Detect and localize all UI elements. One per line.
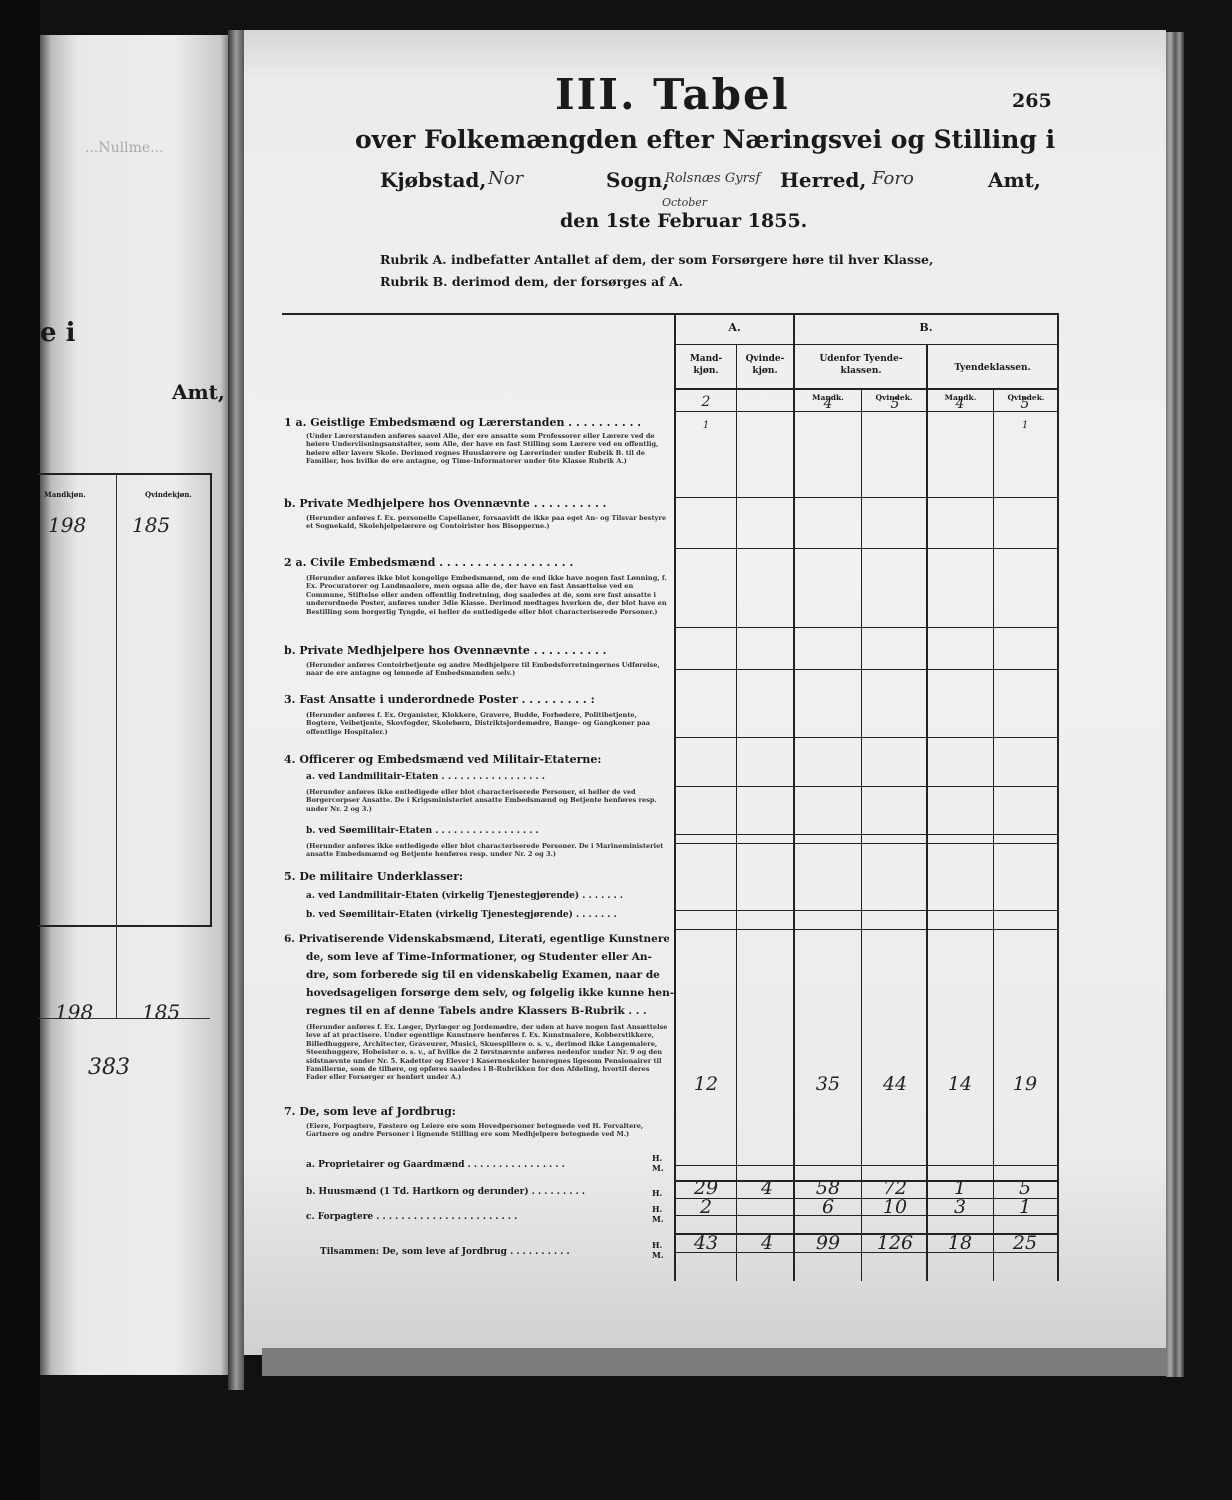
left-amt-label: Amt, [172, 380, 225, 404]
row-label-4: 4. Officerer og Embedsmænd ved Militair-… [284, 753, 669, 766]
row-note-2b: (Herunder anføres Contoirbetjente og and… [306, 661, 668, 678]
row-label-4b: b. ved Søemilitair-Etaten . . . . . . . … [306, 826, 669, 836]
cell-7c-b-outside-women: 10 [865, 1196, 925, 1218]
amt-label: Amt, [988, 168, 1041, 192]
page-edge [1166, 32, 1184, 1377]
row-label-7b: b. Huusmænd (1 Td. Hartkorn og derunder)… [306, 1187, 646, 1197]
header-a-women: Qvinde-kjøn. [739, 353, 791, 377]
row-note-6: (Herunder anføres f. Ex. Læger, Dyrlæger… [306, 1023, 668, 1082]
cell-6-a-men: 12 [676, 1073, 736, 1095]
census-date: den 1ste Februar 1855. [560, 210, 807, 232]
row-label-total: Tilsammen: De, som leve af Jordbrug . . … [320, 1247, 646, 1257]
row-label-7a: a. Proprietairer og Gaardmænd . . . . . … [306, 1160, 646, 1170]
cell-total-b-servant-men: 18 [930, 1232, 990, 1254]
header-group-b: B. [795, 322, 1057, 334]
row-label-4a: a. ved Landmilitair-Etaten . . . . . . .… [306, 772, 669, 782]
herred-label: Herred, [780, 168, 866, 192]
cell-total-a-men: 43 [676, 1232, 736, 1254]
cell-7c-b-servant-women: 1 [995, 1196, 1055, 1218]
cell-7c-b-outside-men: 6 [798, 1196, 858, 1218]
header-b-servant: Tyendeklassen. [930, 362, 1055, 374]
sogn-value: Rolsnæs Gyrsf [665, 171, 760, 186]
page-title: III. Tabel [555, 70, 790, 119]
row-label-2b: b. Private Medhjelpere hos Ovennævnte . … [284, 644, 669, 657]
row-note-3: (Herunder anføres f. Ex. Organister, Klo… [306, 711, 668, 736]
row-note-1a: (Under Lærerstanden anføres saavel Alle,… [306, 432, 668, 466]
cell-total-b-servant-women: 25 [995, 1232, 1055, 1254]
herred-value: Foro [872, 168, 914, 189]
marks-7a: H.M. [652, 1153, 664, 1173]
cell-total-b-outside-women: 126 [865, 1232, 925, 1254]
book-binding-shadow [0, 0, 40, 1500]
row-note-7: (Eiere, Forpagtere, Fæstere og Leiere er… [306, 1122, 668, 1139]
cell-6-b-servant-women: 19 [995, 1073, 1055, 1095]
left-col-men: Mandkjøn. [44, 490, 86, 499]
row-label-7: 7. De, som leve af Jordbrug: [284, 1105, 669, 1118]
rubrik-b-note: Rubrik B. derimod dem, der forsørges af … [380, 274, 683, 289]
page-number: 265 [1012, 90, 1052, 112]
row-label-1a: 1 a. Geistlige Embedsmænd og Lærerstande… [284, 416, 669, 429]
cell-7c-a-men: 2 [676, 1196, 736, 1218]
row-label-5: 5. De militaire Underklasser: [284, 870, 669, 883]
row-label-6-line5: regnes til en af denne Tabels andre Klas… [306, 1005, 691, 1017]
header-a-men: Mand-kjøn. [680, 353, 732, 377]
kjobstad-value: Nor [488, 168, 523, 189]
left-first-women: 185 [132, 513, 170, 537]
page-subtitle: over Folkemængden efter Næringsvei og St… [355, 125, 1055, 154]
row-label-1b: b. Private Medhjelpere hos Ovennævnte . … [284, 497, 669, 510]
left-total-men: 198 [55, 1000, 93, 1024]
header-value: 4 [930, 396, 990, 412]
row-note-4a: (Herunder anføres ikke entledigede eller… [306, 788, 668, 813]
faded-heading: ...Nullme... [85, 140, 163, 156]
row-note-2a: (Herunder anføres ikke blot kongelige Em… [306, 574, 668, 616]
page-gutter [228, 30, 244, 1390]
left-table-divider [116, 475, 117, 1019]
left-first-men: 198 [48, 513, 86, 537]
cell-7b-a-women: 4 [737, 1177, 797, 1199]
header-value: 5 [865, 396, 925, 412]
left-col-women: Qvindekjøn. [145, 490, 192, 499]
kjobstad-label: Kjøbstad, [380, 168, 486, 192]
cell-6-b-outside-men: 35 [798, 1073, 858, 1095]
row-note-1b: (Herunder anføres f. Ex. personelle Cape… [306, 514, 668, 531]
marks-7b: H. [652, 1188, 662, 1198]
row-note-4b: (Herunder anføres ikke entledigede eller… [306, 842, 668, 859]
marks-7c: H.M. [652, 1204, 664, 1224]
cell-6-b-outside-women: 44 [865, 1073, 925, 1095]
left-title-fragment: e i [40, 318, 75, 348]
cell-1a-a-men: 1 [676, 420, 736, 431]
row-label-2a: 2 a. Civile Embedsmænd . . . . . . . . .… [284, 556, 669, 569]
left-total-women: 185 [142, 1000, 180, 1024]
date-correction: October [662, 196, 707, 209]
row-label-6-line1: 6. Privatiserende Videnskabsmænd, Litera… [284, 933, 669, 945]
header-value: 2 [676, 394, 736, 410]
cell-6-b-servant-men: 14 [930, 1073, 990, 1095]
row-label-6-line2: de, som leve af Time-Informationer, og S… [306, 951, 691, 963]
row-label-6-line3: dre, som forberede sig til en videnskabe… [306, 969, 691, 981]
cell-1a-b-servant-women: 1 [995, 420, 1055, 431]
row-label-5b: b. ved Søemilitair-Etaten (virkelig Tjen… [306, 910, 669, 920]
marks-total: H.M. [652, 1240, 664, 1260]
sogn-label: Sogn, [606, 168, 669, 192]
header-value: 5 [995, 396, 1055, 412]
cell-total-a-women: 4 [737, 1232, 797, 1254]
header-group-a: A. [676, 322, 793, 334]
row-label-5a: a. ved Landmilitair-Etaten (virkelig Tje… [306, 891, 669, 901]
row-label-6-line4: hovedsageligen forsørge dem selv, og føl… [306, 987, 691, 999]
header-b-outside: Udenfor Tyende-klassen. [800, 353, 922, 377]
row-label-3: 3. Fast Ansatte i underordnede Poster . … [284, 693, 669, 706]
page-bottom-edge [262, 1348, 1167, 1376]
header-value: 4 [798, 396, 858, 412]
rubrik-a-note: Rubrik A. indbefatter Antallet af dem, d… [380, 252, 933, 267]
left-grand-total: 383 [88, 1055, 130, 1080]
left-table [38, 473, 212, 927]
cell-7c-b-servant-men: 3 [930, 1196, 990, 1218]
cell-total-b-outside-men: 99 [798, 1232, 858, 1254]
row-label-7c: c. Forpagtere . . . . . . . . . . . . . … [306, 1212, 646, 1222]
